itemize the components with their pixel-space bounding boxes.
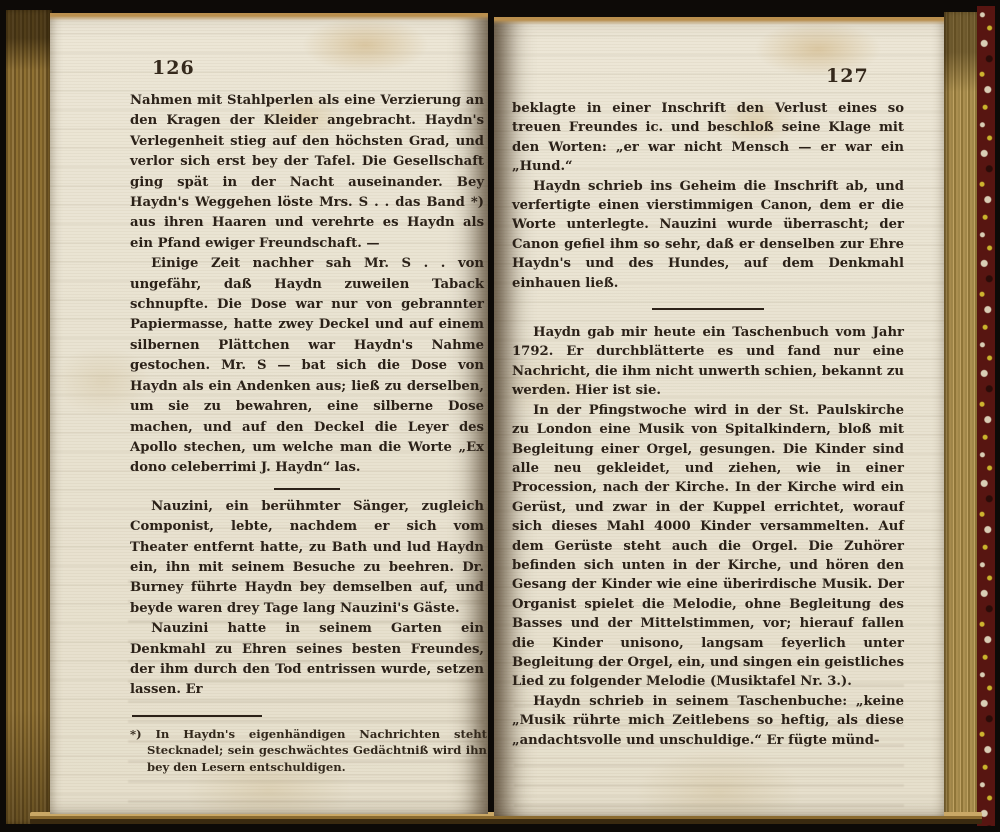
right-page: 127 beklagte in einer Inschrift den Verl… xyxy=(494,17,944,816)
body-text-paragraph: beklagte in einer Inschrift den Verlust … xyxy=(512,99,904,177)
page-number: 126 xyxy=(152,57,195,79)
body-text-paragraph: Einige Zeit nachher sah Mr. S . . von un… xyxy=(130,254,484,478)
body-text-paragraph: Haydn schrieb in seinem Taschenbuche: „k… xyxy=(512,692,904,750)
right-page-text: beklagte in einer Inschrift den Verlust … xyxy=(512,99,904,750)
book-scan: 126 Nahmen mit Stahlperlen als eine Verz… xyxy=(0,0,1000,832)
section-divider xyxy=(652,308,764,310)
body-text-paragraph: Nauzini, ein berühmter Sänger, zugleich … xyxy=(130,497,484,619)
body-text-paragraph: Haydn gab mir heute ein Taschenbuch vom … xyxy=(512,323,904,401)
left-page: 126 Nahmen mit Stahlperlen als eine Verz… xyxy=(50,13,488,814)
footnote-divider xyxy=(132,715,262,717)
body-text-paragraph: In der Pfingstwoche wird in der St. Paul… xyxy=(512,401,904,692)
body-text-paragraph: Haydn schrieb ins Geheim die Inschrift a… xyxy=(512,177,904,293)
left-page-text: Nahmen mit Stahlperlen als eine Verzieru… xyxy=(130,91,484,776)
body-text-paragraph: Nauzini hatte in seinem Garten ein Denkm… xyxy=(130,619,484,701)
right-page-edge-stack xyxy=(944,12,977,824)
page-number: 127 xyxy=(826,65,869,87)
footnote: *) In Haydn's eigenhändigen Nachrichten … xyxy=(130,726,487,776)
left-page-edge-stack xyxy=(6,10,52,824)
section-divider xyxy=(274,488,340,490)
body-text-paragraph: Nahmen mit Stahlperlen als eine Verzieru… xyxy=(130,91,484,254)
marbled-cover-edge xyxy=(977,6,995,826)
